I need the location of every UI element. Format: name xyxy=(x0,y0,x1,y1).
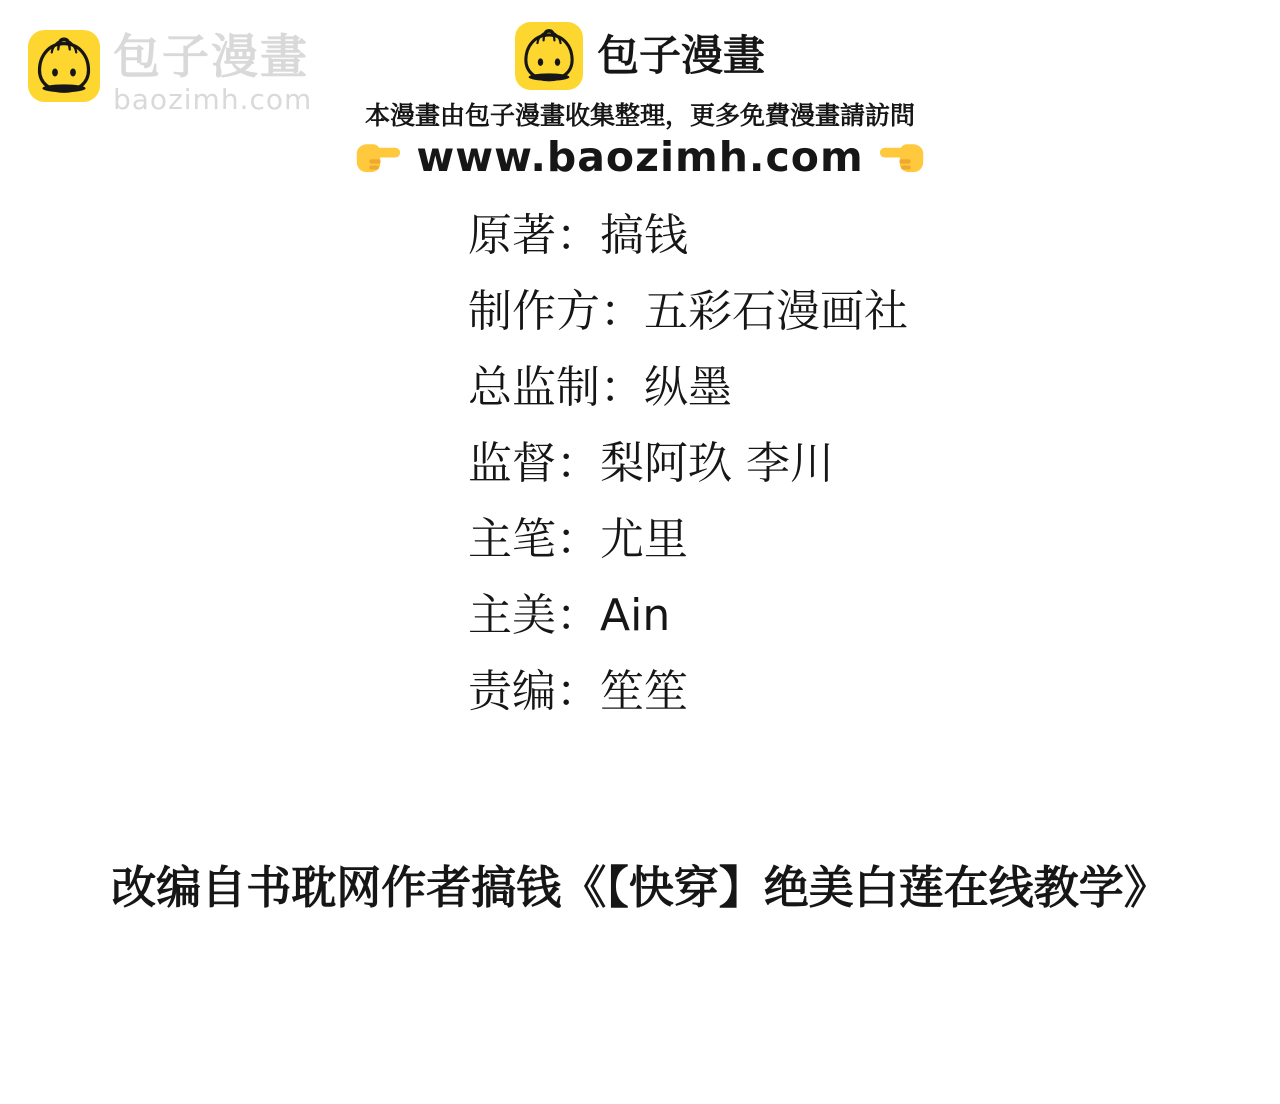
collection-notice: 本漫畫由包子漫畫收集整理，更多免費漫畫請訪問 xyxy=(365,102,915,130)
credit-line-editor: 责编：笙笙 xyxy=(468,654,908,730)
credit-line-production: 制作方：五彩石漫画社 xyxy=(468,274,908,350)
site-name: 包子漫畫 xyxy=(597,35,765,77)
site-url: www.baozimh.com xyxy=(416,137,863,178)
baozi-app-icon xyxy=(515,22,583,90)
credit-line-original-author: 原著：搞钱 xyxy=(468,198,908,274)
adaptation-note: 改编自书耽网作者搞钱《【快穿】绝美白莲在线教学》 xyxy=(0,863,1280,913)
site-logo: 包子漫畫 xyxy=(515,22,765,90)
credit-line-lead-artist: 主笔：尤里 xyxy=(468,502,908,578)
credit-line-chief-producer: 总监制：纵墨 xyxy=(468,350,908,426)
pointing-left-hand-icon xyxy=(879,141,925,174)
credit-line-supervisor: 监督：梨阿玖 李川 xyxy=(468,426,908,502)
credits-list: 原著：搞钱 制作方：五彩石漫画社 总监制：纵墨 监督：梨阿玖 李川 主笔：尤里 … xyxy=(468,198,908,730)
credit-line-art-director: 主美：Ain xyxy=(468,578,908,654)
site-url-row: www.baozimh.com xyxy=(355,137,924,178)
header: 包子漫畫 本漫畫由包子漫畫收集整理，更多免費漫畫請訪問 www.baozimh.… xyxy=(0,22,1280,178)
pointing-right-hand-icon xyxy=(355,141,401,174)
